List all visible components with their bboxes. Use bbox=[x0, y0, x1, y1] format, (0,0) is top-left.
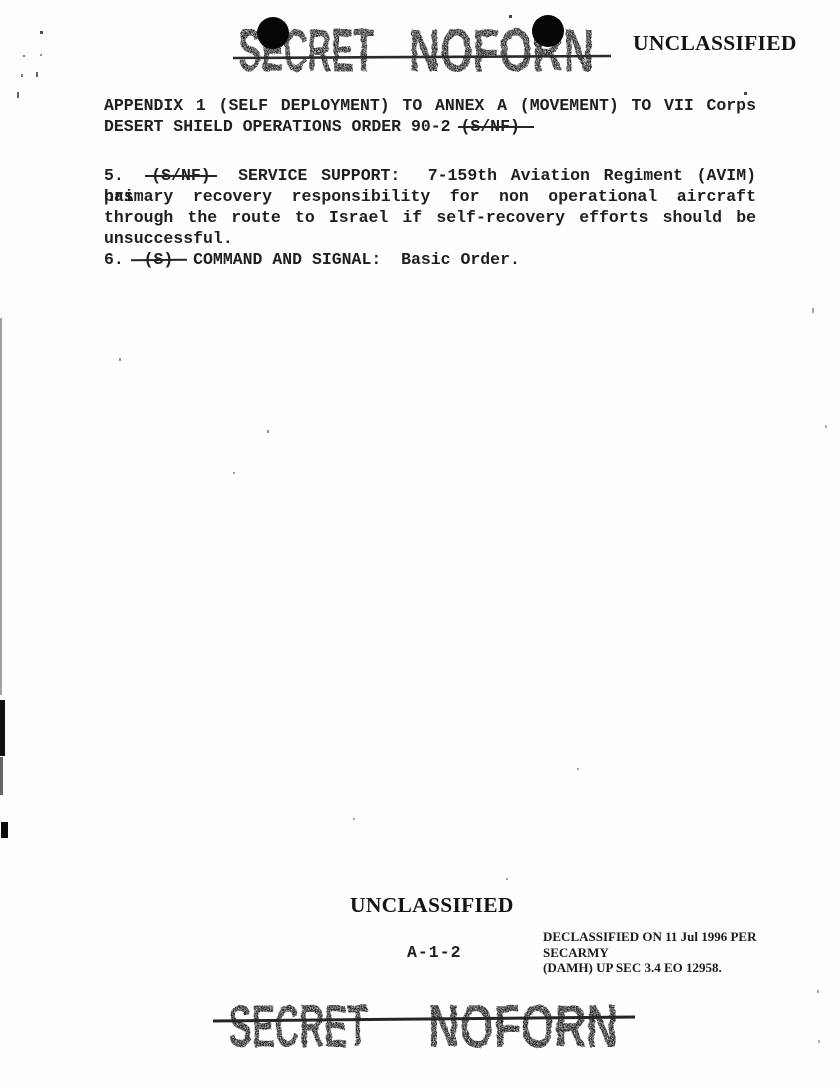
title-line-2: DESERT SHIELD OPERATIONS ORDER 90-2 (S/N… bbox=[104, 116, 756, 137]
scan-speck bbox=[825, 425, 827, 428]
scan-speck bbox=[812, 308, 814, 313]
scan-speck bbox=[818, 1040, 820, 1043]
struck-classification-s: (S) bbox=[144, 249, 174, 270]
stamp-word-noforn: NOFORN bbox=[427, 992, 617, 1059]
scan-speck bbox=[509, 15, 512, 18]
scan-speck bbox=[119, 358, 121, 361]
stamp-word-noforn: NOFORN bbox=[408, 16, 593, 83]
scan-speck bbox=[744, 92, 747, 95]
scan-speck bbox=[267, 430, 269, 433]
stamp-word-secret: SECRET bbox=[228, 992, 367, 1059]
title-line-1: APPENDIX 1 (SELF DEPLOYMENT) TO ANNEX A … bbox=[104, 95, 756, 116]
scanned-document-page: SECRET NOFORN UNCLASSIFIED APPENDIX 1 (S… bbox=[0, 0, 840, 1088]
para5-line-3: through the route to Israel if self-reco… bbox=[104, 207, 756, 228]
scan-speck bbox=[817, 990, 819, 993]
title-line-2-text: DESERT SHIELD OPERATIONS ORDER 90-2 bbox=[104, 117, 460, 136]
scan-artifact bbox=[0, 700, 5, 756]
unclassified-marking-top: UNCLASSIFIED bbox=[633, 31, 797, 56]
struck-classification-snf: (S/NF) bbox=[151, 165, 210, 186]
scan-speck bbox=[17, 92, 19, 98]
declassification-note: DECLASSIFIED ON 11 Jul 1996 PER SECARMY … bbox=[543, 929, 823, 976]
scan-speck bbox=[506, 878, 508, 880]
scan-speck bbox=[36, 72, 38, 77]
appendix-title: APPENDIX 1 (SELF DEPLOYMENT) TO ANNEX A … bbox=[104, 95, 756, 137]
para5-line-1: 5. (S/NF) SERVICE SUPPORT: 7-159th Aviat… bbox=[104, 165, 756, 186]
paragraph-6: 6. (S) COMMAND AND SIGNAL: Basic Order. bbox=[104, 249, 756, 270]
scan-artifact bbox=[0, 757, 3, 795]
declass-line-2: (DAMH) UP SEC 3.4 EO 12958. bbox=[543, 960, 823, 976]
scan-artifact bbox=[0, 318, 2, 695]
scan-speck bbox=[21, 74, 23, 77]
secret-noforn-stamp-bottom: SECRET NOFORN bbox=[205, 988, 645, 1058]
redaction-dot-left bbox=[257, 17, 289, 49]
secret-noforn-stamp-top: SECRET NOFORN bbox=[228, 16, 628, 82]
redaction-dot-right bbox=[532, 15, 564, 47]
scan-speck bbox=[577, 768, 579, 770]
para6-text: COMMAND AND SIGNAL: Basic Order. bbox=[173, 250, 520, 269]
scan-speck bbox=[353, 818, 355, 820]
scan-artifact bbox=[1, 822, 8, 838]
unclassified-marking-bottom: UNCLASSIFIED bbox=[350, 893, 514, 918]
scan-speck bbox=[40, 31, 43, 34]
para5-line-4: unsuccessful. bbox=[104, 228, 756, 249]
para5-line-2: primary recovery responsibility for non … bbox=[104, 186, 756, 207]
scan-speck bbox=[23, 55, 25, 57]
scan-speck bbox=[40, 54, 42, 56]
stamp-word-secret: SECRET bbox=[238, 16, 373, 83]
page-number: A-1-2 bbox=[407, 943, 462, 962]
scan-speck bbox=[233, 472, 235, 474]
declass-line-1: DECLASSIFIED ON 11 Jul 1996 PER SECARMY bbox=[543, 929, 823, 960]
para5-number: 5. bbox=[104, 166, 151, 185]
para6-line-1: 6. (S) COMMAND AND SIGNAL: Basic Order. bbox=[104, 249, 756, 270]
struck-classification-snf: (S/NF) bbox=[460, 116, 519, 137]
paragraph-5: 5. (S/NF) SERVICE SUPPORT: 7-159th Aviat… bbox=[104, 165, 756, 249]
